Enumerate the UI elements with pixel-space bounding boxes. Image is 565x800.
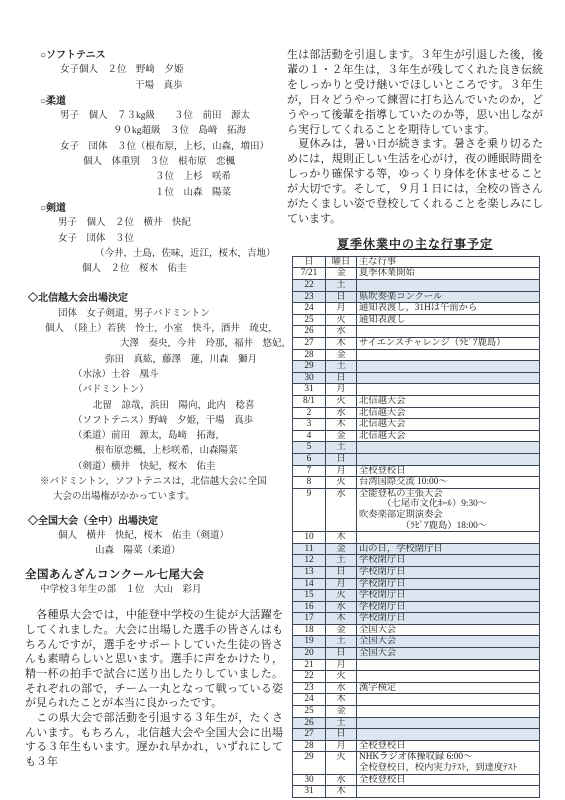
schedule-row: 4金北信越大会 bbox=[293, 430, 540, 442]
schedule-cell-day: 土 bbox=[326, 442, 357, 454]
result-line: 女子 団体 ３位（根布原，上杉，山森，増田） bbox=[25, 140, 283, 155]
schedule-row: 30水全校登校日 bbox=[293, 774, 540, 786]
schedule-cell-date: 15 bbox=[293, 590, 326, 602]
schedule-row: 22火 bbox=[293, 671, 540, 683]
schedule-cell-day: 木 bbox=[326, 338, 357, 350]
schedule-row: 27日 bbox=[293, 729, 540, 741]
schedule-cell-day: 土 bbox=[326, 361, 357, 373]
schedule-cell-date: 26 bbox=[293, 326, 326, 338]
schedule-cell-date: 27 bbox=[293, 338, 326, 350]
schedule-cell-day: 日 bbox=[326, 566, 357, 578]
schedule-cell-event: 全校登校日 bbox=[357, 740, 540, 752]
schedule-header-cell: 主な行事 bbox=[357, 256, 540, 268]
schedule-cell-event bbox=[357, 729, 540, 741]
schedule-row: 9水全能登私の主張大会 （七尾市文化ﾎｰﾙ）9:30～ 吹奏楽部定期演奏会 （ﾗ… bbox=[293, 488, 540, 531]
schedule-cell-day: 木 bbox=[326, 786, 357, 798]
section-heading: ○柔道 bbox=[25, 94, 283, 109]
schedule-row: 27木サイエンスチャレンジ（ﾗﾋﾟｱ鹿島） bbox=[293, 338, 540, 350]
result-line: （今井，土島，佐味，近江，桜木，吉地） bbox=[25, 247, 283, 262]
result-line: 女子 団体 ３位 bbox=[25, 232, 283, 247]
schedule-cell-event bbox=[357, 349, 540, 361]
schedule-cell-event bbox=[357, 326, 540, 338]
schedule-cell-event: 学校閉庁日 bbox=[357, 555, 540, 567]
schedule-cell-date: 31 bbox=[293, 384, 326, 396]
schedule-cell-day: 土 bbox=[326, 636, 357, 648]
result-line: 大会の出場権がかかっています。 bbox=[25, 490, 283, 505]
schedule-cell-date: 29 bbox=[293, 361, 326, 373]
schedule-row: 11金山の日，学校閉庁日 bbox=[293, 543, 540, 555]
schedule-cell-date: 21 bbox=[293, 659, 326, 671]
schedule-cell-day: 日 bbox=[326, 291, 357, 303]
schedule-cell-date: 28 bbox=[293, 349, 326, 361]
schedule-row: 6日 bbox=[293, 453, 540, 465]
result-line: 男子 個人 ７３kg級 ３位 前田 源太 bbox=[25, 109, 283, 124]
schedule-cell-day: 金 bbox=[326, 349, 357, 361]
schedule-cell-day: 火 bbox=[326, 396, 357, 408]
schedule-header: 日曜日主な行事 bbox=[293, 256, 540, 268]
schedule-cell-date: 7 bbox=[293, 465, 326, 477]
result-line: 男子 個人 ２位 横井 快紀 bbox=[25, 216, 283, 231]
schedule-row: 24木 bbox=[293, 694, 540, 706]
schedule-cell-date: 25 bbox=[293, 314, 326, 326]
schedule-cell-day: 木 bbox=[326, 613, 357, 625]
schedule-cell-event: サイエンスチャレンジ（ﾗﾋﾟｱ鹿島） bbox=[357, 338, 540, 350]
schedule-cell-date: 19 bbox=[293, 636, 326, 648]
schedule-cell-date: 4 bbox=[293, 430, 326, 442]
results-list: ○ソフトテニス女子個人 ２位 野﨑 夕姫干場 真歩○柔道男子 個人 ７３kg級 … bbox=[25, 48, 283, 598]
schedule-cell-date: 16 bbox=[293, 601, 326, 613]
schedule-cell-day: 日 bbox=[326, 453, 357, 465]
schedule-cell-day: 月 bbox=[326, 740, 357, 752]
result-line: 女子個人 ２位 野﨑 夕姫 bbox=[25, 63, 283, 78]
section-heading: ○ソフトテニス bbox=[25, 48, 283, 63]
schedule-cell-date: 24 bbox=[293, 303, 326, 315]
schedule-table: 日曜日主な行事 7/21金夏季休業開始22土23日県吹奏楽コンクール24月通知表… bbox=[292, 256, 540, 798]
schedule-cell-day: 水 bbox=[326, 774, 357, 786]
schedule-cell-date: 26 bbox=[293, 717, 326, 729]
schedule-cell-day: 火 bbox=[326, 477, 357, 489]
schedule-cell-date: 27 bbox=[293, 729, 326, 741]
result-line: （水泳）土谷 凰斗 bbox=[25, 368, 283, 383]
left-paragraphs: 各種県大会では，中能登中学校の生徒が大活躍をしてくれました。大会に出場した選手の… bbox=[25, 608, 283, 770]
schedule-row: 28金 bbox=[293, 349, 540, 361]
schedule-cell-day: 金 bbox=[326, 430, 357, 442]
result-line: 弥田 真紘，藤澤 蓮，川森 獅月 bbox=[25, 353, 283, 368]
schedule-cell-event: 全国大会 bbox=[357, 636, 540, 648]
schedule-row: 31木 bbox=[293, 786, 540, 798]
schedule-row: 23水漢字検定 bbox=[293, 682, 540, 694]
paragraph: 各種県大会では，中能登中学校の生徒が大活躍をしてくれました。大会に出場した選手の… bbox=[25, 608, 283, 711]
schedule-cell-date: 30 bbox=[293, 774, 326, 786]
result-line: ９０kg超級 ３位 島﨑 拓海 bbox=[25, 124, 283, 139]
schedule-cell-day: 水 bbox=[326, 407, 357, 419]
schedule-cell-day: 日 bbox=[326, 372, 357, 384]
schedule-row: 14月学校閉庁日 bbox=[293, 578, 540, 590]
schedule-cell-date: 23 bbox=[293, 291, 326, 303]
schedule-cell-day: 月 bbox=[326, 384, 357, 396]
schedule-cell-event: 通知表渡し bbox=[357, 314, 540, 326]
schedule-cell-day: 金 bbox=[326, 268, 357, 280]
result-line: 中学校３年生の部 １位 大山 彩月 bbox=[25, 583, 283, 598]
schedule-cell-event: 全校登校日 bbox=[357, 465, 540, 477]
paragraph: この県大会で部活動を引退する３年生が，たくさんいます。もちろん，北信越大会や全国… bbox=[25, 711, 283, 770]
schedule-cell-date: 29 bbox=[293, 752, 326, 774]
result-line: 団体 女子剣道，男子バドミントン bbox=[25, 307, 283, 322]
schedule-cell-event bbox=[357, 532, 540, 544]
result-line: 個人 横井 快紀，桜木 佑圭（剣道） bbox=[25, 529, 283, 544]
schedule-cell-event: 全能登私の主張大会 （七尾市文化ﾎｰﾙ）9:30～ 吹奏楽部定期演奏会 （ﾗﾋﾟ… bbox=[357, 488, 540, 531]
schedule-row: 7/21金夏季休業開始 bbox=[293, 268, 540, 280]
schedule-cell-date: 18 bbox=[293, 624, 326, 636]
schedule-cell-event: 夏季休業開始 bbox=[357, 268, 540, 280]
schedule-cell-date: 28 bbox=[293, 740, 326, 752]
schedule-cell-day: 金 bbox=[326, 706, 357, 718]
schedule-cell-event: 学校閉庁日 bbox=[357, 578, 540, 590]
schedule-cell-date: 25 bbox=[293, 706, 326, 718]
schedule-cell-day: 月 bbox=[326, 578, 357, 590]
schedule-row: 13日学校閉庁日 bbox=[293, 566, 540, 578]
schedule-row: 7月全校登校日 bbox=[293, 465, 540, 477]
paragraph: 生は部活動を引退します。３年生が引退した後，後輩の１・２年生は，３年生が残してく… bbox=[287, 48, 543, 137]
schedule-cell-event: 全校登校日 bbox=[357, 774, 540, 786]
right-column: 生は部活動を引退します。３年生が引退した後，後輩の１・２年生は，３年生が残してく… bbox=[287, 48, 543, 798]
section-heading: ◇北信越大会出場決定 bbox=[25, 291, 283, 306]
result-line: 個人 体重別 ３位 根布原 恋楓 bbox=[25, 155, 283, 170]
schedule-title: 夏季休業中の主な行事予定 bbox=[287, 235, 543, 252]
schedule-cell-date: 22 bbox=[293, 280, 326, 292]
result-line: 個人 （陸上）若狭 怜士，小室 快斗，酒井 琉史， bbox=[25, 322, 283, 337]
schedule-cell-event: 全国大会 bbox=[357, 648, 540, 660]
schedule-cell-event bbox=[357, 384, 540, 396]
schedule-cell-event: 山の日，学校閉庁日 bbox=[357, 543, 540, 555]
right-paragraphs: 生は部活動を引退します。３年生が引退した後，後輩の１・２年生は，３年生が残してく… bbox=[287, 48, 543, 227]
schedule-cell-day: 火 bbox=[326, 590, 357, 602]
schedule-cell-event: 北信越大会 bbox=[357, 396, 540, 408]
schedule-cell-date: 13 bbox=[293, 566, 326, 578]
schedule-row: 18金全国大会 bbox=[293, 624, 540, 636]
result-line: （剣道）横井 快紀，桜木 佑圭 bbox=[25, 460, 283, 475]
result-line: 大澤 奏央，今井 玲那，福井 悠妃， bbox=[25, 337, 283, 352]
schedule-row: 10木 bbox=[293, 532, 540, 544]
schedule-cell-day: 火 bbox=[326, 314, 357, 326]
schedule-cell-date: 22 bbox=[293, 671, 326, 683]
schedule-cell-event bbox=[357, 694, 540, 706]
schedule-cell-date: 23 bbox=[293, 682, 326, 694]
schedule-cell-day: 木 bbox=[326, 532, 357, 544]
result-line: 干場 真歩 bbox=[25, 79, 283, 94]
schedule-cell-date: 20 bbox=[293, 648, 326, 660]
schedule-cell-day: 日 bbox=[326, 729, 357, 741]
schedule-cell-event: 県吹奏楽コンクール bbox=[357, 291, 540, 303]
schedule-cell-date: 10 bbox=[293, 532, 326, 544]
schedule-cell-day: 火 bbox=[326, 752, 357, 774]
schedule-cell-event: 漢字検定 bbox=[357, 682, 540, 694]
schedule-header-cell: 曜日 bbox=[326, 256, 357, 268]
schedule-cell-event bbox=[357, 786, 540, 798]
result-line: （柔道）前田 源太，島﨑 拓海， bbox=[25, 429, 283, 444]
schedule-row: 28月全校登校日 bbox=[293, 740, 540, 752]
schedule-cell-event bbox=[357, 659, 540, 671]
schedule-cell-day: 月 bbox=[326, 303, 357, 315]
schedule-cell-date: 14 bbox=[293, 578, 326, 590]
schedule-row: 8火台湾国際交流 10:00～ bbox=[293, 477, 540, 489]
schedule-cell-day: 月 bbox=[326, 659, 357, 671]
schedule-body: 7/21金夏季休業開始22土23日県吹奏楽コンクール24月通知表渡し，31Hは午… bbox=[293, 268, 540, 797]
schedule-row: 5土 bbox=[293, 442, 540, 454]
schedule-row: 26土 bbox=[293, 717, 540, 729]
schedule-cell-day: 土 bbox=[326, 717, 357, 729]
schedule-row: 31月 bbox=[293, 384, 540, 396]
schedule-row: 24月通知表渡し，31Hは午前から bbox=[293, 303, 540, 315]
result-line: 根布原恋楓，上杉咲希，山森陽菜 bbox=[25, 444, 283, 459]
schedule-cell-date: 17 bbox=[293, 613, 326, 625]
schedule-cell-day: 水 bbox=[326, 601, 357, 613]
schedule-row: 30日 bbox=[293, 372, 540, 384]
schedule-cell-date: 31 bbox=[293, 786, 326, 798]
schedule-cell-day: 水 bbox=[326, 488, 357, 531]
section-heading: 全国あんざんコンクール七尾大会 bbox=[25, 568, 283, 583]
schedule-cell-date: 3 bbox=[293, 419, 326, 431]
schedule-row: 25火通知表渡し bbox=[293, 314, 540, 326]
schedule-cell-day: 火 bbox=[326, 671, 357, 683]
schedule-cell-day: 水 bbox=[326, 682, 357, 694]
schedule-cell-event bbox=[357, 372, 540, 384]
schedule-cell-event: 学校閉庁日 bbox=[357, 566, 540, 578]
schedule-cell-event: 学校閉庁日 bbox=[357, 590, 540, 602]
left-column: ○ソフトテニス女子個人 ２位 野﨑 夕姫干場 真歩○柔道男子 個人 ７３kg級 … bbox=[25, 48, 283, 770]
result-line: 個人 ２位 桜木 佑圭 bbox=[25, 262, 283, 277]
schedule-cell-date: 11 bbox=[293, 543, 326, 555]
schedule-row: 20日全国大会 bbox=[293, 648, 540, 660]
schedule-cell-date: 6 bbox=[293, 453, 326, 465]
schedule-cell-event: 学校閉庁日 bbox=[357, 613, 540, 625]
result-line: 山森 陽菜（柔道） bbox=[25, 544, 283, 559]
result-line: （バドミントン） bbox=[25, 383, 283, 398]
schedule-cell-day: 土 bbox=[326, 280, 357, 292]
schedule-row: 25金 bbox=[293, 706, 540, 718]
schedule-cell-date: 12 bbox=[293, 555, 326, 567]
result-line: （ソフトテニス）野﨑 夕姫，干場 真歩 bbox=[25, 414, 283, 429]
schedule-cell-event: 通知表渡し，31Hは午前から bbox=[357, 303, 540, 315]
schedule-row: 26水 bbox=[293, 326, 540, 338]
schedule-cell-date: 5 bbox=[293, 442, 326, 454]
schedule-cell-day: 金 bbox=[326, 624, 357, 636]
schedule-cell-event bbox=[357, 280, 540, 292]
schedule-cell-event bbox=[357, 671, 540, 683]
schedule-cell-day: 月 bbox=[326, 465, 357, 477]
schedule-cell-date: 7/21 bbox=[293, 268, 326, 280]
schedule-cell-event bbox=[357, 706, 540, 718]
schedule-cell-date: 24 bbox=[293, 694, 326, 706]
schedule-row: 8/1火北信越大会 bbox=[293, 396, 540, 408]
schedule-cell-event bbox=[357, 717, 540, 729]
schedule-row: 16水学校閉庁日 bbox=[293, 601, 540, 613]
schedule-row: 12土学校閉庁日 bbox=[293, 555, 540, 567]
schedule-row: 19土全国大会 bbox=[293, 636, 540, 648]
paragraph: 夏休みは，暑い日が続きます。暑さを乗り切るためには，規則正しい生活を心がけ，夜の… bbox=[287, 137, 543, 226]
result-line: ３位 上杉 咲希 bbox=[25, 170, 283, 185]
schedule-cell-event: 北信越大会 bbox=[357, 430, 540, 442]
section-heading: ◇全国大会（全中）出場決定 bbox=[25, 514, 283, 529]
schedule-row: 15火学校閉庁日 bbox=[293, 590, 540, 602]
schedule-cell-day: 水 bbox=[326, 326, 357, 338]
schedule-row: 21月 bbox=[293, 659, 540, 671]
schedule-cell-day: 日 bbox=[326, 648, 357, 660]
result-line: 北留 諒哉，浜田 陽向，此内 稔喜 bbox=[25, 399, 283, 414]
schedule-cell-event bbox=[357, 453, 540, 465]
schedule-cell-event: 学校閉庁日 bbox=[357, 601, 540, 613]
schedule-cell-date: 8/1 bbox=[293, 396, 326, 408]
schedule-cell-event: 北信越大会 bbox=[357, 419, 540, 431]
schedule-row: 29土 bbox=[293, 361, 540, 373]
section-heading: ○剣道 bbox=[25, 201, 283, 216]
schedule-row: 29火NHKラジオ体操収録 6:00～ 全校登校日，校内実力ﾃｽﾄ，到達度ﾃｽﾄ bbox=[293, 752, 540, 774]
schedule-cell-event: NHKラジオ体操収録 6:00～ 全校登校日，校内実力ﾃｽﾄ，到達度ﾃｽﾄ bbox=[357, 752, 540, 774]
schedule-cell-date: 30 bbox=[293, 372, 326, 384]
schedule-cell-date: 8 bbox=[293, 477, 326, 489]
newsletter-page: ○ソフトテニス女子個人 ２位 野﨑 夕姫干場 真歩○柔道男子 個人 ７３kg級 … bbox=[0, 0, 565, 800]
schedule-cell-day: 金 bbox=[326, 543, 357, 555]
schedule-header-row: 日曜日主な行事 bbox=[293, 256, 540, 268]
schedule-cell-event bbox=[357, 442, 540, 454]
schedule-cell-event bbox=[357, 361, 540, 373]
schedule-cell-day: 土 bbox=[326, 555, 357, 567]
result-line: １位 山森 陽菜 bbox=[25, 186, 283, 201]
schedule-row: 23日県吹奏楽コンクール bbox=[293, 291, 540, 303]
schedule-cell-event: 全国大会 bbox=[357, 624, 540, 636]
schedule-cell-day: 木 bbox=[326, 419, 357, 431]
schedule-header-cell: 日 bbox=[293, 256, 326, 268]
schedule-cell-date: 9 bbox=[293, 488, 326, 531]
schedule-row: 22土 bbox=[293, 280, 540, 292]
schedule-row: 3木北信越大会 bbox=[293, 419, 540, 431]
schedule-row: 2水北信越大会 bbox=[293, 407, 540, 419]
schedule-cell-event: 北信越大会 bbox=[357, 407, 540, 419]
schedule-cell-day: 木 bbox=[326, 694, 357, 706]
schedule-cell-event: 台湾国際交流 10:00～ bbox=[357, 477, 540, 489]
result-line: ※バドミントン，ソフトテニスは，北信越大会に全国 bbox=[25, 475, 283, 490]
schedule-cell-date: 2 bbox=[293, 407, 326, 419]
schedule-row: 17木学校閉庁日 bbox=[293, 613, 540, 625]
